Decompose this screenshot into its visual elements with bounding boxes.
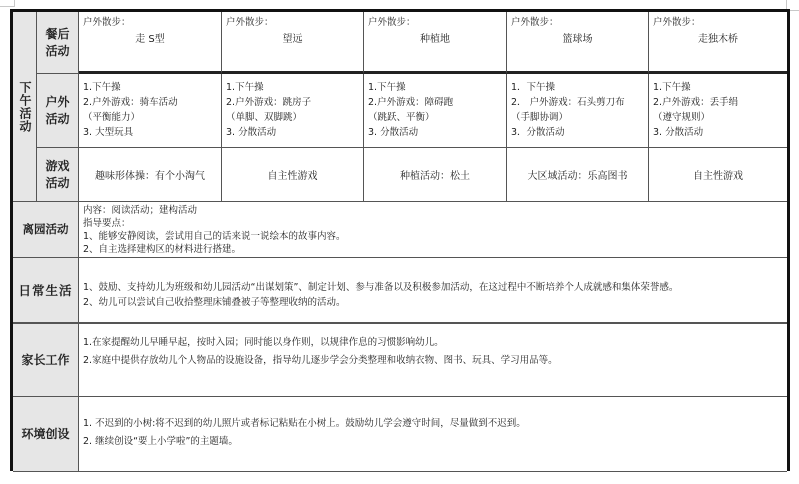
cell-line: 1．下午操 (511, 80, 644, 95)
row-label-outdoor-text: 户外活动 (44, 94, 72, 128)
outdoor-cell-5: 1.下午操 2.户外游戏：丢手绢 （遵守规则） 3. 分散活动 (649, 74, 787, 148)
outdoor-cell-3: 1.下午操 2.户外游戏：障碍跑 （跳跃、平衡） 3. 分散活动 (364, 74, 507, 148)
cell-line: 3. 分散活动 (368, 125, 502, 140)
cell-value: 自主性游戏 (693, 167, 743, 182)
section-label-daily-life-text: 日常生活 (18, 282, 72, 299)
cell-value: 种植活动：松土 (400, 167, 470, 182)
cell-title: 户外散步： (368, 15, 502, 30)
games-cell-3: 种植活动：松土 (364, 148, 507, 202)
row-label-games-text: 游戏活动 (44, 158, 72, 192)
schedule-table: 下午活动 餐后活动 户外散步： 走 S型 户外散步： 望远 户外散步： 种植地 … (10, 9, 790, 471)
cell-line: （手脚协调） (511, 110, 644, 125)
cell-value: 篮球场 (511, 32, 644, 47)
content-line: 1. 不迟到的小树:将不迟到的幼儿照片或者标记粘贴在小树上。鼓励幼儿学会遵守时间… (83, 415, 783, 433)
cell-value: 走 S型 (83, 32, 217, 47)
section-label-daily-life: 日常生活 (13, 258, 79, 324)
cell-line: 2． 户外游戏：石头剪刀布 (511, 95, 644, 110)
cell-line: 2.户外游戏：骑车活动 (83, 95, 217, 110)
section-content-environment: 1. 不迟到的小树:将不迟到的幼儿照片或者标记粘贴在小树上。鼓励幼儿学会遵守时间… (79, 397, 787, 472)
content-line: 内容：阅读活动；建构活动 (83, 204, 783, 217)
content-line: 2. 继续创设“要上小学啦”的主题墙。 (83, 433, 783, 451)
section-content-daily-life: 1、鼓励、支持幼儿为班级和幼儿园活动“出谋划策”、制定计划、参与准备以及积极参加… (79, 258, 787, 324)
cell-line: 2.户外游戏：障碍跑 (368, 95, 502, 110)
after-meal-cell-1: 户外散步： 走 S型 (79, 12, 222, 74)
section-label-departure: 离园活动 (13, 202, 79, 258)
section-label-parent-work-text: 家长工作 (21, 352, 69, 369)
cell-line: 1.下午操 (226, 80, 359, 95)
after-meal-cell-4: 户外散步： 篮球场 (507, 12, 649, 74)
cell-value: 望远 (226, 32, 359, 47)
cell-title: 户外散步： (226, 15, 359, 30)
row-label-outdoor: 户外活动 (37, 74, 79, 148)
games-cell-5: 自主性游戏 (649, 148, 787, 202)
content-line: 1.在家提醒幼儿早睡早起，按时入园；同时能以身作则，以规律作息的习惯影响幼儿。 (83, 334, 783, 352)
cell-line: （跳跃、平衡） (368, 110, 502, 125)
section-label-afternoon-text: 下午活动 (16, 81, 33, 133)
cell-line: 3．分散活动 (511, 125, 644, 140)
cell-title: 户外散步： (83, 15, 217, 30)
cell-line: 1.下午操 (83, 80, 217, 95)
row-label-games: 游戏活动 (37, 148, 79, 202)
page-corner-mark (0, 0, 15, 7)
outdoor-cell-1: 1.下午操 2.户外游戏：骑车活动 （平衡能力） 3. 大型玩具 (79, 74, 222, 148)
cell-value: 走独木桥 (653, 32, 783, 47)
section-label-departure-text: 离园活动 (23, 221, 69, 238)
section-label-afternoon: 下午活动 (13, 12, 37, 202)
games-cell-4: 大区域活动：乐高图书 (507, 148, 649, 202)
cell-title: 户外散步： (653, 15, 783, 30)
cell-line: 2.户外游戏：丢手绢 (653, 95, 783, 110)
section-label-environment: 环境创设 (13, 397, 79, 472)
cell-line: 3. 分散活动 (653, 125, 783, 140)
after-meal-cell-3: 户外散步： 种植地 (364, 12, 507, 74)
section-label-parent-work: 家长工作 (13, 324, 79, 397)
row-label-after-meal: 餐后活动 (37, 12, 79, 74)
cell-value: 大区域活动：乐高图书 (528, 167, 628, 182)
cell-line: （单脚、双脚跳） (226, 110, 359, 125)
cell-value: 趣味形体操：有个小淘气 (95, 167, 205, 182)
content-line: 2.家庭中提供存放幼儿个人物品的设施设备，指导幼儿逐步学会分类整理和收纳衣物、图… (83, 352, 783, 370)
cell-line: 1.下午操 (653, 80, 783, 95)
cell-line: 1.下午操 (368, 80, 502, 95)
after-meal-cell-5: 户外散步： 走独木桥 (649, 12, 787, 74)
cell-line: （遵守规则） (653, 110, 783, 125)
content-line: 2、自主选择建构区的材料进行搭建。 (83, 243, 783, 256)
cell-title: 户外散步： (511, 15, 644, 30)
games-cell-1: 趣味形体操：有个小淘气 (79, 148, 222, 202)
cell-value: 自主性游戏 (268, 167, 318, 182)
cell-value: 种植地 (368, 32, 502, 47)
games-cell-2: 自主性游戏 (222, 148, 364, 202)
row-label-after-meal-text: 餐后活动 (44, 26, 72, 60)
cell-line: 3. 分散活动 (226, 125, 359, 140)
cell-line: 2.户外游戏：跳房子 (226, 95, 359, 110)
content-line: 1、鼓励、支持幼儿为班级和幼儿园活动“出谋划策”、制定计划、参与准备以及积极参加… (83, 280, 783, 295)
section-content-parent-work: 1.在家提醒幼儿早睡早起，按时入园；同时能以身作则，以规律作息的习惯影响幼儿。 … (79, 324, 787, 397)
cell-line: （平衡能力） (83, 110, 217, 125)
cell-line: 3. 大型玩具 (83, 125, 217, 140)
section-content-departure: 内容：阅读活动；建构活动 指导要点： 1、能够安静阅读，尝试用自己的话来说一说绘… (79, 202, 787, 258)
content-line: 指导要点： (83, 217, 783, 230)
content-line: 2、幼儿可以尝试自己收拾整理床铺叠被子等整理收纳的活动。 (83, 295, 783, 310)
outdoor-cell-2: 1.下午操 2.户外游戏：跳房子 （单脚、双脚跳） 3. 分散活动 (222, 74, 364, 148)
outdoor-cell-4: 1．下午操 2． 户外游戏：石头剪刀布 （手脚协调） 3．分散活动 (507, 74, 649, 148)
content-line: 1、能够安静阅读，尝试用自己的话来说一说绘本的故事内容。 (83, 230, 783, 243)
section-label-environment-text: 环境创设 (21, 426, 69, 443)
after-meal-cell-2: 户外散步： 望远 (222, 12, 364, 74)
